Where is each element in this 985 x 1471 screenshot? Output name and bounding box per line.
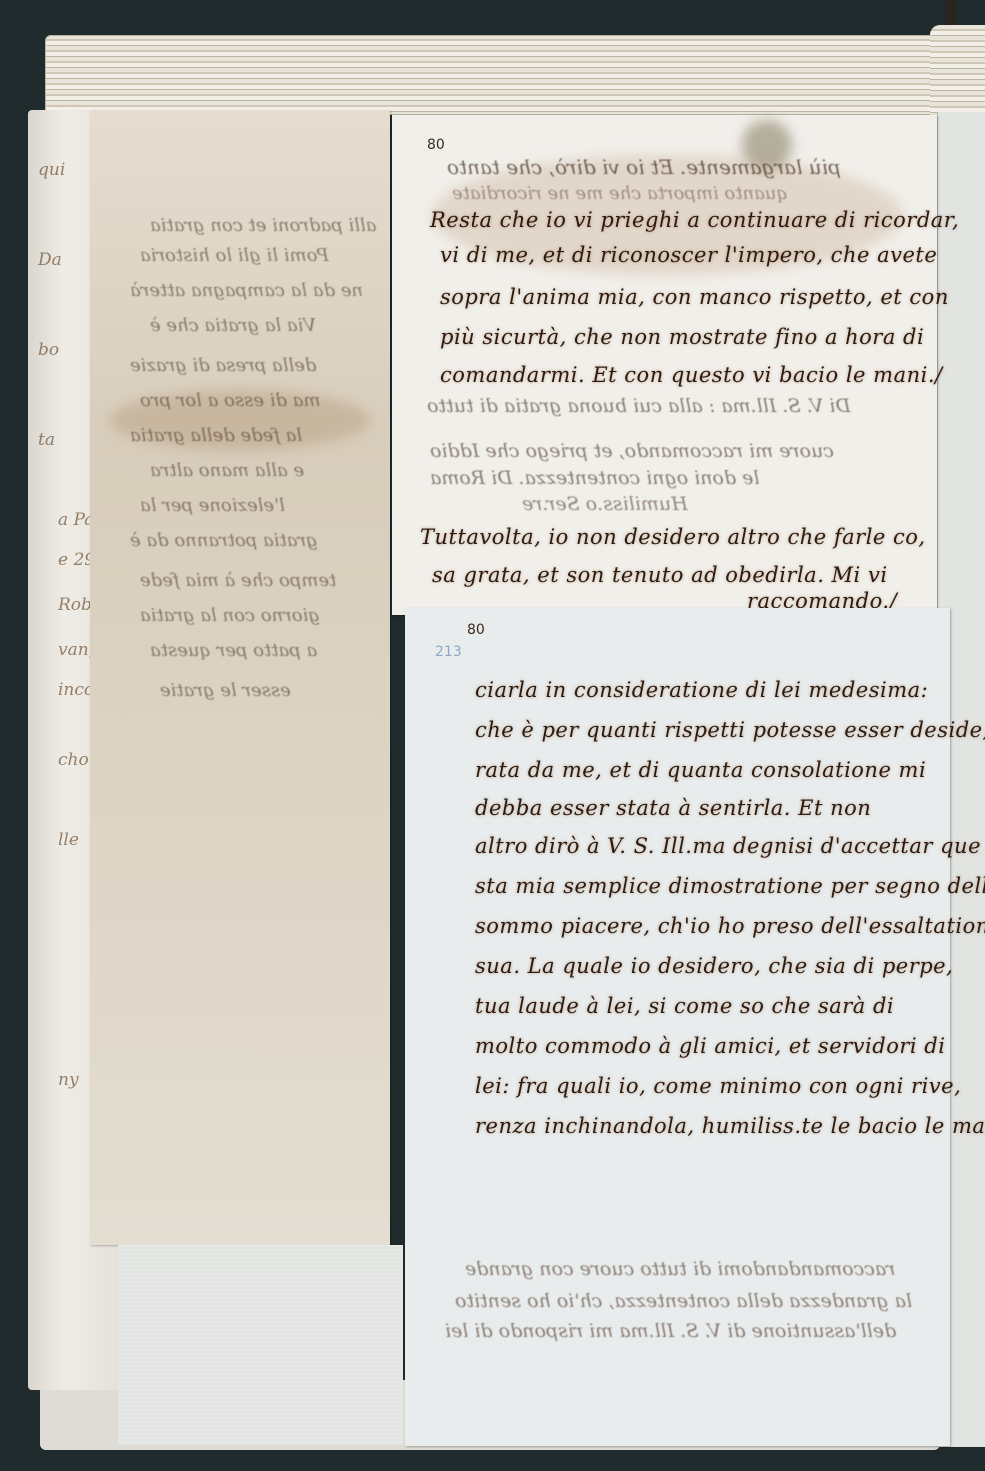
margin-fragment: a Pa (58, 510, 94, 530)
folio-number: 80 (467, 622, 485, 638)
pencil-foliation: 213 (435, 644, 462, 660)
bleed-line: a patto per questa (150, 640, 317, 661)
bleed-line: e alla mano altra (150, 460, 304, 481)
letter-line: sopra l'anima mia, con manco rispetto, e… (440, 285, 949, 309)
bleed-line: cuore mi raccomando, et priego che Iddio (430, 440, 834, 462)
letter-line: vi di me, et di riconoscer l'impero, che… (440, 243, 937, 267)
letter-line: Resta che io vi prieghi a continuare di … (430, 208, 959, 232)
bleed-line: la fede della gratia (130, 425, 302, 446)
bleed-line: tempo che à mia fede (140, 570, 336, 591)
letter-line: sommo piacere, ch'io ho preso dell'essal… (475, 914, 985, 938)
margin-fragment: ny (58, 1070, 79, 1090)
margin-fragment: Da (38, 250, 62, 270)
letter-line: molto commodo à gli amici, et servidori … (475, 1034, 945, 1058)
letter-line: Tuttavolta, io non desidero altro che fa… (420, 525, 926, 549)
margin-fragment: inco (58, 680, 94, 700)
bleed-line: giorno con la gratia (140, 605, 320, 626)
letter-line: debba esser stata à sentirla. Et non (475, 796, 871, 820)
bleed-line: quanto importa che me ne ricordiate (452, 183, 788, 204)
letter-line: che è per quanti rispetti potesse esser … (475, 718, 985, 742)
bleed-line: gratia potranno da è (130, 530, 318, 551)
left-page: alli padroni et con gratia Pomi li gli l… (90, 110, 390, 1245)
bleed-line: ne da la campagna atterà (130, 280, 363, 301)
bleed-line: ma di esso a lor pro (140, 390, 321, 411)
letter-line: ciarla in consideratione di lei medesima… (475, 678, 928, 702)
bleed-line: le doni ogni contentezza. Di Roma (430, 467, 759, 489)
bleed-line: alli padroni et con gratia (150, 215, 376, 236)
letter-line: comandarmi. Et con questo vi bacio le ma… (440, 363, 943, 387)
margin-fragment: cho (58, 750, 89, 770)
letter-line: sta mia semplice dimostratione per segno… (475, 874, 985, 898)
margin-fragment: lle (58, 830, 79, 850)
folio-number: 80 (427, 137, 445, 153)
lower-letter: 80 213 ciarla in consideratione di lei m… (405, 608, 950, 1446)
page-edges-stack-right (930, 25, 985, 115)
bleed-line: la grandezza della contentezza, ch'io ho… (455, 1290, 912, 1312)
letter-line: rata da me, et di quanta consolatione mi (475, 758, 926, 782)
page-edges-stack (45, 35, 935, 115)
bleed-line: Humiliss.o Ser.re (522, 493, 688, 515)
bleed-line: raccomandandomi di tutto cuore con grand… (465, 1258, 895, 1280)
margin-fragment: ta (38, 430, 55, 450)
margin-fragment: bo (38, 340, 59, 360)
letter-line: renza inchinandola, humiliss.te le bacio… (475, 1114, 985, 1138)
bleed-line: della presa di grazie (130, 355, 316, 376)
bleed-line: dell'assuntione di V. S. Ill.ma mi rispo… (445, 1320, 896, 1342)
bleed-line: più largamente. Et io vi dirò, che tanto (447, 155, 841, 179)
bleed-line: Via la gratia che è (150, 315, 316, 336)
top-letter: 80 più largamente. Et io vi dirò, che ta… (392, 115, 937, 615)
letter-line: lei: fra quali io, come minimo con ogni … (475, 1074, 961, 1098)
letter-line: tua laude à lei, si come so che sarà di (475, 994, 894, 1018)
letter-line: sua. La quale io desidero, che sia di pe… (475, 954, 953, 978)
bleed-line: l'elezione per la (140, 495, 285, 516)
bleed-line: Pomi li gli lo historia (140, 245, 329, 266)
bleed-line: Di V. S. Ill.ma : alla cui buona gratia … (427, 395, 851, 417)
letter-line: più sicurtà, che non mostrate fino a hor… (440, 325, 924, 349)
letter-line: altro dirò à V. S. Ill.ma degnisi d'acce… (475, 834, 981, 858)
blank-paper-insert (118, 1245, 403, 1445)
letter-line: sa grata, et son tenuto ad obedirla. Mi … (432, 563, 888, 587)
margin-fragment: qui (38, 160, 65, 180)
bleed-line: esser le gratie (160, 680, 291, 701)
